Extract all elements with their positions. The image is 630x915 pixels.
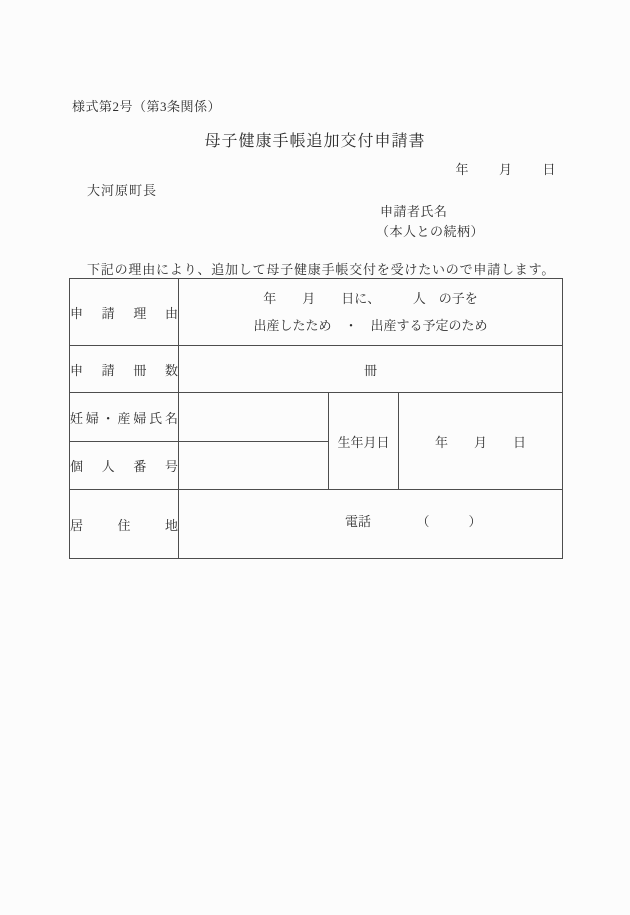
copies-label-cell: 申請冊数 <box>70 346 179 393</box>
address-label-cell: 居住地 <box>70 490 179 559</box>
page-title: 母子健康手帳追加交付申請書 <box>0 128 630 151</box>
table-row-address: 居住地 電話 （ ） <box>70 490 563 559</box>
reason-label: 申請理由 <box>70 303 178 322</box>
personal-number-input-area <box>179 442 329 490</box>
copies-value-cell: 冊 <box>179 346 563 393</box>
applicant-name-label: 申請者氏名 <box>380 201 448 220</box>
table-row-mother-name: 妊婦・産婦氏名 生年月日 年 月 日 <box>70 393 563 442</box>
address-input-area: 電話 （ ） <box>179 490 563 559</box>
personal-number-label-cell: 個人番号 <box>70 442 179 490</box>
reason-line1: 年 月 日に、 人 の子を <box>179 285 562 312</box>
reason-label-cell: 申請理由 <box>70 279 179 346</box>
table-row-copies: 申請冊数 冊 <box>70 346 563 393</box>
address-label: 居住地 <box>70 515 178 534</box>
applicant-relation-label: （本人との続柄） <box>376 221 484 240</box>
date-line: 年 月 日 <box>0 159 557 178</box>
application-form-table: 申請理由 年 月 日に、 人 の子を 出産したため ・ 出産する予定のため 申請… <box>69 278 563 559</box>
intro-text: 下記の理由により、追加して母子健康手帳交付を受けたいので申請します。 <box>87 259 555 278</box>
document-page: 様式第2号（第3条関係） 母子健康手帳追加交付申請書 年 月 日 大河原町長 申… <box>0 0 630 915</box>
reason-line2: 出産したため ・ 出産する予定のため <box>179 312 562 339</box>
phone-line: 電話 （ ） <box>345 511 562 530</box>
addressee-mayor: 大河原町長 <box>87 180 157 199</box>
birthdate-value-cell: 年 月 日 <box>399 393 563 490</box>
copies-label: 申請冊数 <box>70 360 178 379</box>
form-number: 様式第2号（第3条関係） <box>72 96 221 115</box>
mother-name-input-area <box>179 393 329 442</box>
birthdate-label-cell: 生年月日 <box>329 393 399 490</box>
reason-content-cell: 年 月 日に、 人 の子を 出産したため ・ 出産する予定のため <box>179 279 563 346</box>
table-row-reason: 申請理由 年 月 日に、 人 の子を 出産したため ・ 出産する予定のため <box>70 279 563 346</box>
mother-name-label-cell: 妊婦・産婦氏名 <box>70 393 179 442</box>
personal-number-label: 個人番号 <box>70 456 178 475</box>
mother-name-label: 妊婦・産婦氏名 <box>70 408 178 427</box>
